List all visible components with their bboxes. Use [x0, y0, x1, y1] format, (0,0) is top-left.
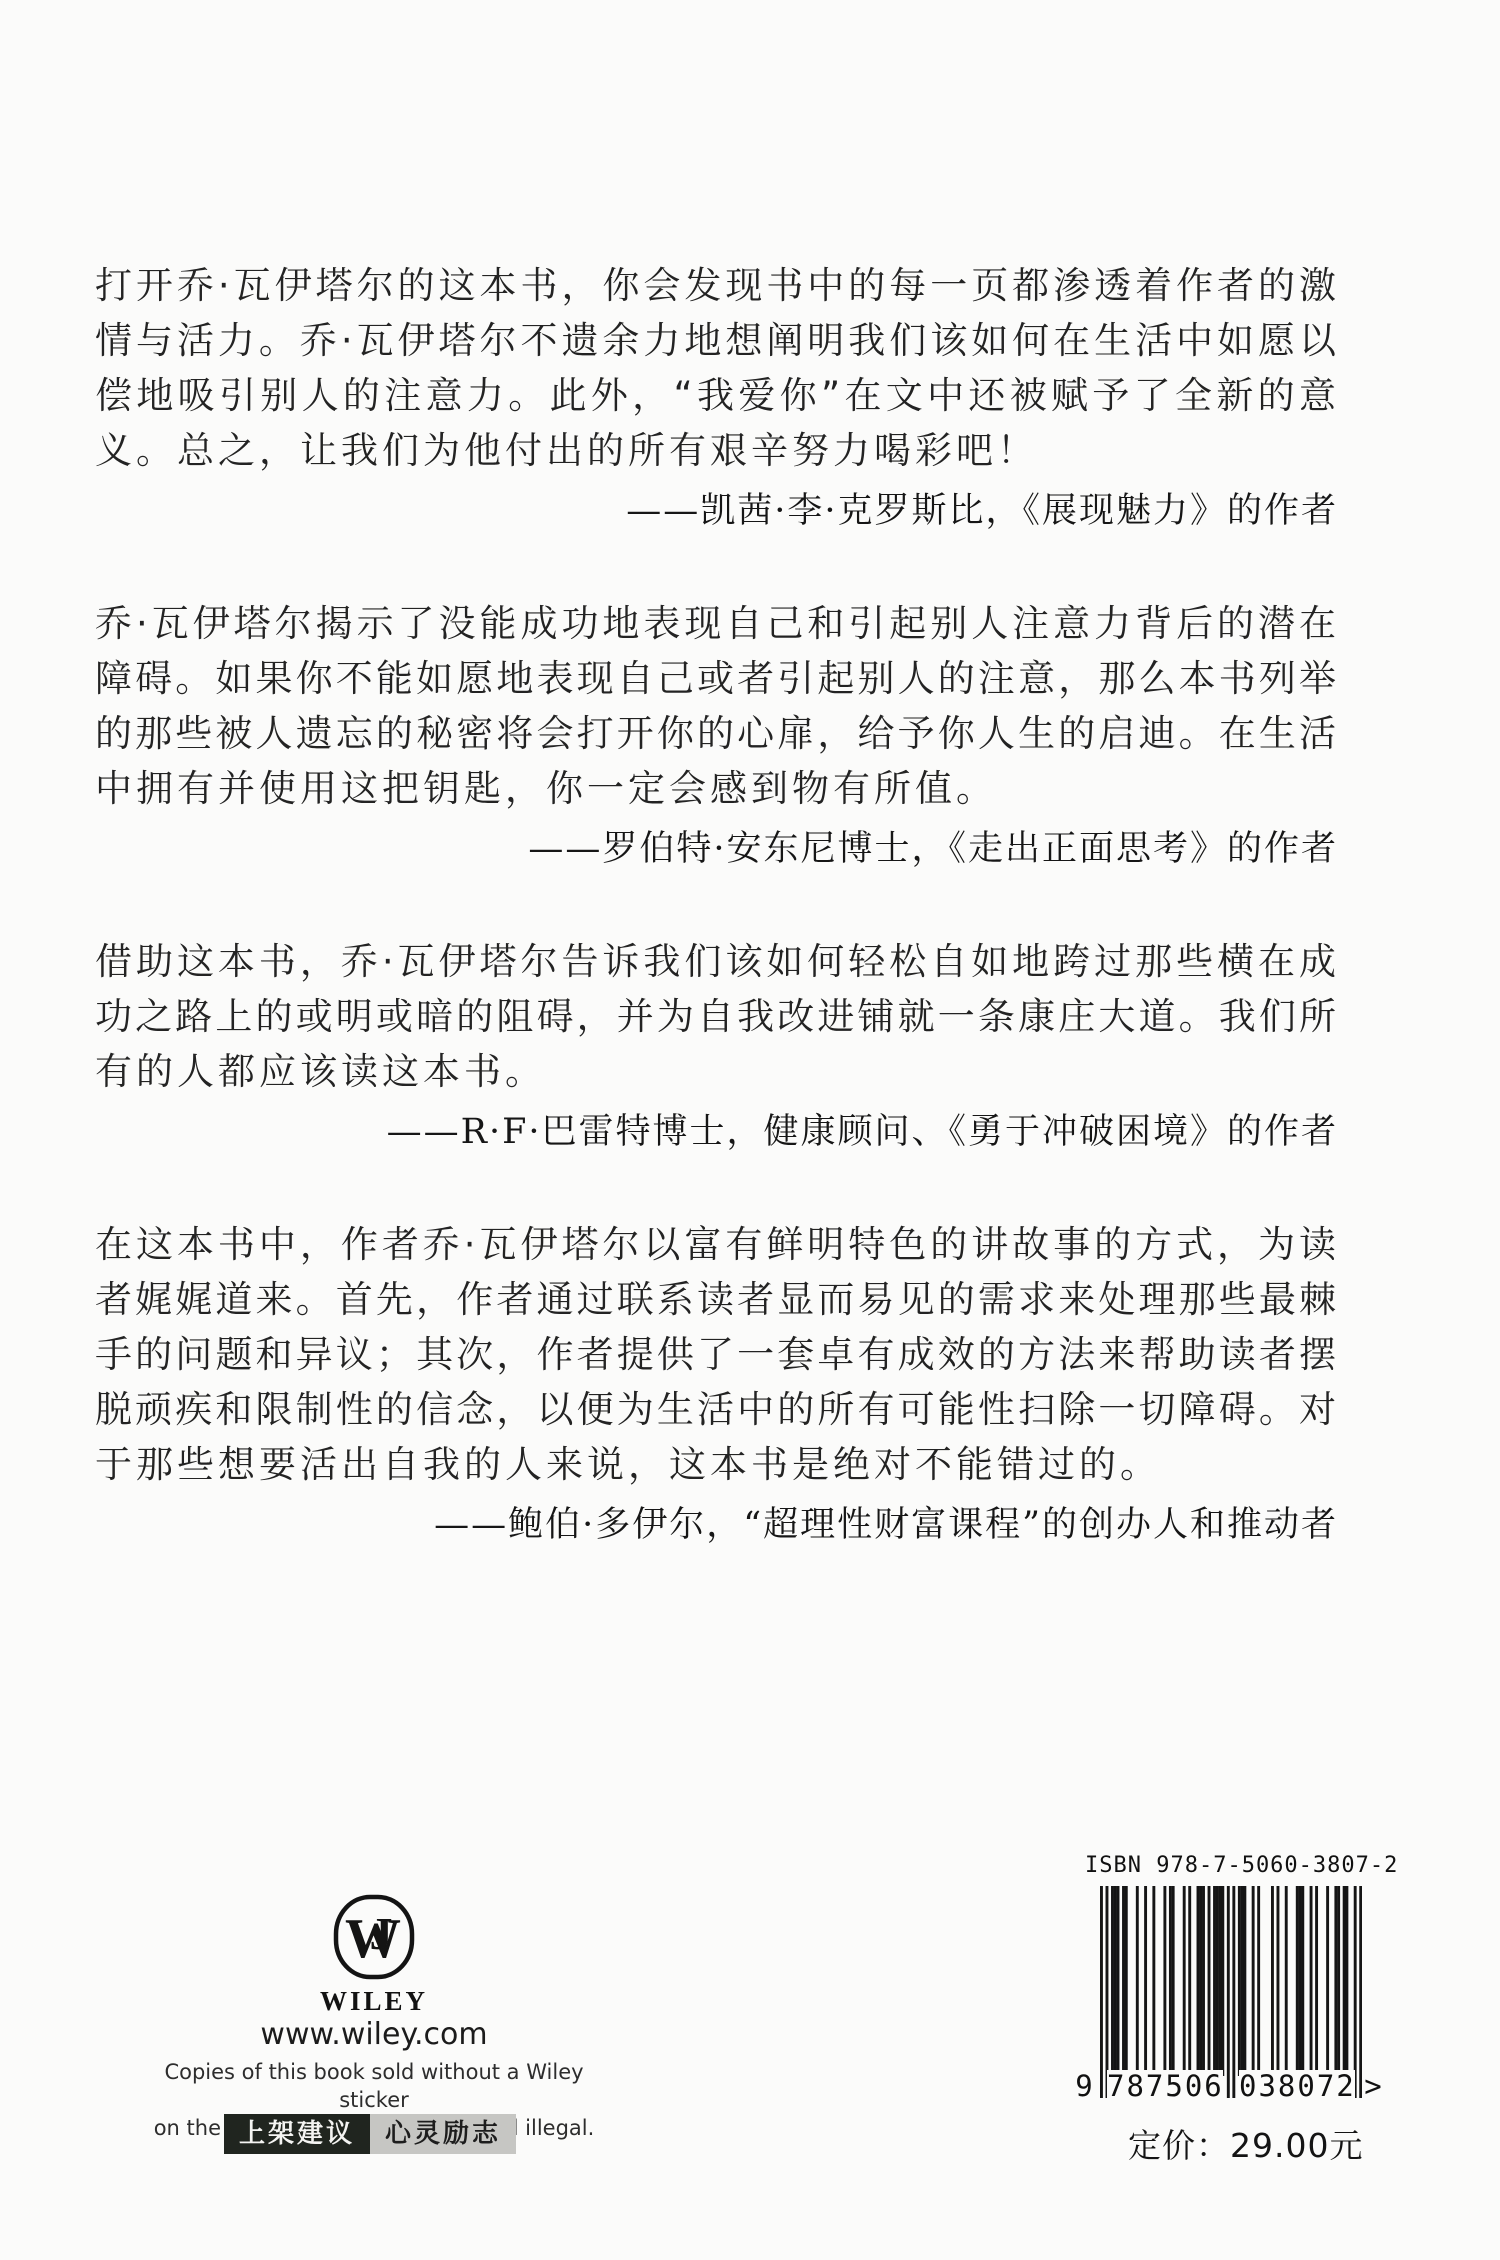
price-label: 定价：29.00元 [1128, 2120, 1363, 2167]
blurb-attribution: ——凯茜·李·克罗斯比，《展现魅力》的作者 [95, 484, 1338, 539]
blurb-line: 的那些被人遗忘的秘密将会打开你的心扉，给予你人生的启迪。在生活 [95, 706, 1338, 761]
blurb-line: 功之路上的或明或暗的阻碍，并为自我改进铺就一条康庄大道。我们所 [95, 989, 1338, 1044]
svg-text:J: J [370, 1908, 393, 1959]
barcode-digit-group: 787506 [1107, 2070, 1223, 2102]
blurb-line: 脱顽疾和限制性的信念，以便为生活中的所有可能性扫除一切障碍。对 [95, 1382, 1338, 1437]
blurb-attribution: ——R·F·巴雷特博士，健康顾问、《勇于冲破困境》的作者 [95, 1105, 1338, 1160]
blurb-line: 障碍。如果你不能如愿地表现自己或者引起别人的注意，那么本书列举 [95, 651, 1338, 706]
sticker-notice-line: Copies of this book sold without a Wiley… [128, 2058, 620, 2114]
blurb-line: 打开乔·瓦伊塔尔的这本书，你会发现书中的每一页都渗透着作者的激 [95, 258, 1338, 313]
shelf-badge-label: 上架建议 [224, 2114, 370, 2154]
blurb-4: 在这本书中，作者乔·瓦伊塔尔以富有鲜明特色的讲故事的方式，为读 者娓娓道来。首先… [95, 1217, 1338, 1553]
blurb-attribution: ——罗伯特·安东尼博士，《走出正面思考》的作者 [95, 822, 1338, 877]
publisher-website: www.wiley.com [128, 2018, 620, 2052]
blurb-line: 偿地吸引别人的注意力。此外，“我爱你”在文中还被赋予了全新的意 [95, 368, 1338, 423]
blurb-line: 借助这本书，乔·瓦伊塔尔告诉我们该如何轻松自如地跨过那些横在成 [95, 934, 1338, 989]
barcode-end-mark: > [1362, 2070, 1386, 2102]
blurb-line: 乔·瓦伊塔尔揭示了没能成功地表现自己和引起别人注意力背后的潜在 [95, 596, 1338, 651]
blurb-line: 义。总之，让我们为他付出的所有艰辛努力喝彩吧！ [95, 423, 1338, 478]
blurb-line: 者娓娓道来。首先，作者通过联系读者显而易见的需求来处理那些最棘 [95, 1272, 1338, 1327]
isbn-number: ISBN 978-7-5060-3807-2 [1085, 1853, 1398, 1878]
publisher-name: WILEY [128, 1986, 620, 2016]
barcode-digit-group: 038072 [1239, 2070, 1355, 2102]
blurb-3: 借助这本书，乔·瓦伊塔尔告诉我们该如何轻松自如地跨过那些横在成 功之路上的或明或… [95, 934, 1338, 1160]
wiley-jw-monogram-icon: W J [331, 1893, 417, 1985]
shelf-badge-category: 心灵励志 [370, 2114, 516, 2154]
blurb-line: 手的问题和异议；其次，作者提供了一套卓有成效的方法来帮助读者摆 [95, 1327, 1338, 1382]
back-cover-blurbs: 打开乔·瓦伊塔尔的这本书，你会发现书中的每一页都渗透着作者的激 情与活力。乔·瓦… [95, 258, 1338, 1610]
blurb-1: 打开乔·瓦伊塔尔的这本书，你会发现书中的每一页都渗透着作者的激 情与活力。乔·瓦… [95, 258, 1338, 539]
barcode-digit: 9 [1074, 2070, 1096, 2102]
blurb-line: 在这本书中，作者乔·瓦伊塔尔以富有鲜明特色的讲故事的方式，为读 [95, 1217, 1338, 1272]
isbn-barcode: 9 787506 038072 > [1100, 1886, 1362, 2102]
shelf-badge: 上架建议 心灵励志 [224, 2114, 516, 2154]
blurb-line: 中拥有并使用这把钥匙，你一定会感到物有所值。 [95, 761, 1338, 816]
blurb-line: 情与活力。乔·瓦伊塔尔不遗余力地想阐明我们该如何在生活中如愿以 [95, 313, 1338, 368]
blurb-line: 于那些想要活出自我的人来说，这本书是绝对不能错过的。 [95, 1437, 1338, 1492]
publisher-block: W J WILEY www.wiley.com Copies of this b… [128, 1893, 620, 2142]
blurb-2: 乔·瓦伊塔尔揭示了没能成功地表现自己和引起别人注意力背后的潜在 障碍。如果你不能… [95, 596, 1338, 877]
blurb-attribution: ——鲍伯·多伊尔，“超理性财富课程”的创办人和推动者 [95, 1498, 1338, 1553]
blurb-line: 有的人都应该读这本书。 [95, 1044, 1338, 1099]
